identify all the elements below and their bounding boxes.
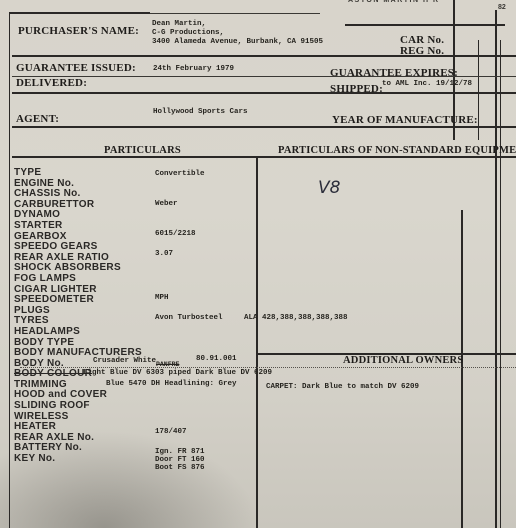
guarantee-issued-value: 24th February 1979 — [153, 65, 234, 74]
top-strip-text: ASTON MARTIN H R — [348, 0, 440, 4]
value-body-colour: Crusader White — [93, 357, 156, 366]
purchaser-label: PURCHASER'S NAME: — [18, 25, 139, 37]
year-of-manufacture-label: YEAR OF MANUFACTURE: — [332, 114, 478, 126]
divider-purchaser — [12, 55, 516, 57]
particular-type: TYPE — [14, 168, 142, 179]
value-rear-axle-ratio: 3.07 — [155, 250, 173, 259]
divider-guarantee — [12, 76, 516, 77]
divider-agent — [12, 126, 516, 128]
handwritten-v8: V8 — [318, 178, 340, 198]
purchaser-line-2: C-G Productions, — [152, 29, 224, 38]
divider-right-3 — [495, 10, 497, 528]
particulars-title: PARTICULARS — [104, 145, 181, 156]
top-right-text: 82 — [498, 4, 506, 11]
divider-delivered — [12, 92, 516, 94]
value-gearbox: 6015/2218 — [155, 230, 196, 239]
agent-label: AGENT: — [16, 113, 59, 125]
value-body-no: 80.91.001 — [196, 355, 237, 364]
divider-sections — [12, 156, 516, 158]
value-key-boot: Boot FS 876 — [155, 464, 205, 473]
guarantee-expires-label: GUARANTEE EXPIRES: — [330, 67, 458, 79]
divider-main-vertical — [256, 156, 258, 528]
shipped-value: to AML Inc. 19/12/78 — [382, 80, 472, 89]
carpet-note: CARPET: Dark Blue to match DV 6209 — [266, 383, 419, 392]
guarantee-issued-label: GUARANTEE ISSUED: — [16, 62, 136, 74]
delivered-label: DELIVERED: — [16, 77, 87, 89]
value-type: Convertible — [155, 170, 205, 179]
agent-value: Hollywood Sports Cars — [153, 108, 248, 117]
frame-top-left — [10, 12, 150, 14]
particular-headlamps: HEADLAMPS — [14, 327, 142, 338]
dotted-rule — [20, 367, 516, 369]
value-tyres-make: Avon Turbosteel — [155, 314, 223, 323]
non-standard-equipment-title: PARTICULARS OF NON-STANDARD EQUIPMENT — [278, 145, 516, 156]
additional-owners-title: ADDITIONAL OWNERS — [343, 355, 463, 366]
particular-starter: STARTER — [14, 221, 142, 232]
value-speedometer: MPH — [155, 294, 169, 303]
particular-fog-lamps: FOG LAMPS — [14, 274, 142, 285]
frame-left — [9, 12, 10, 528]
particular-key-no: KEY No. — [14, 454, 142, 465]
frame-top-right — [345, 24, 505, 26]
value-hood-cover: Blue 5470 DH Headlining: Grey — [106, 380, 237, 389]
divider-right-5 — [461, 210, 463, 528]
frame-top-mid — [150, 13, 320, 14]
value-trimming: Light Blue DV 6303 piped Dark Blue DV 62… — [83, 369, 272, 378]
particulars-list: TYPE ENGINE No. CHASSIS No. CARBURETTOR … — [14, 168, 142, 465]
purchaser-line-1: Dean Martin, — [152, 20, 206, 29]
purchaser-line-3: 3400 Alameda Avenue, Burbank, CA 91505 — [152, 38, 323, 47]
value-carburettor: Weber — [155, 200, 178, 209]
value-rear-axle-no: 178/407 — [155, 428, 187, 437]
divider-right-4 — [500, 40, 501, 528]
value-tyres-numbers: ALA 428,388,388,388,388 — [244, 314, 348, 323]
